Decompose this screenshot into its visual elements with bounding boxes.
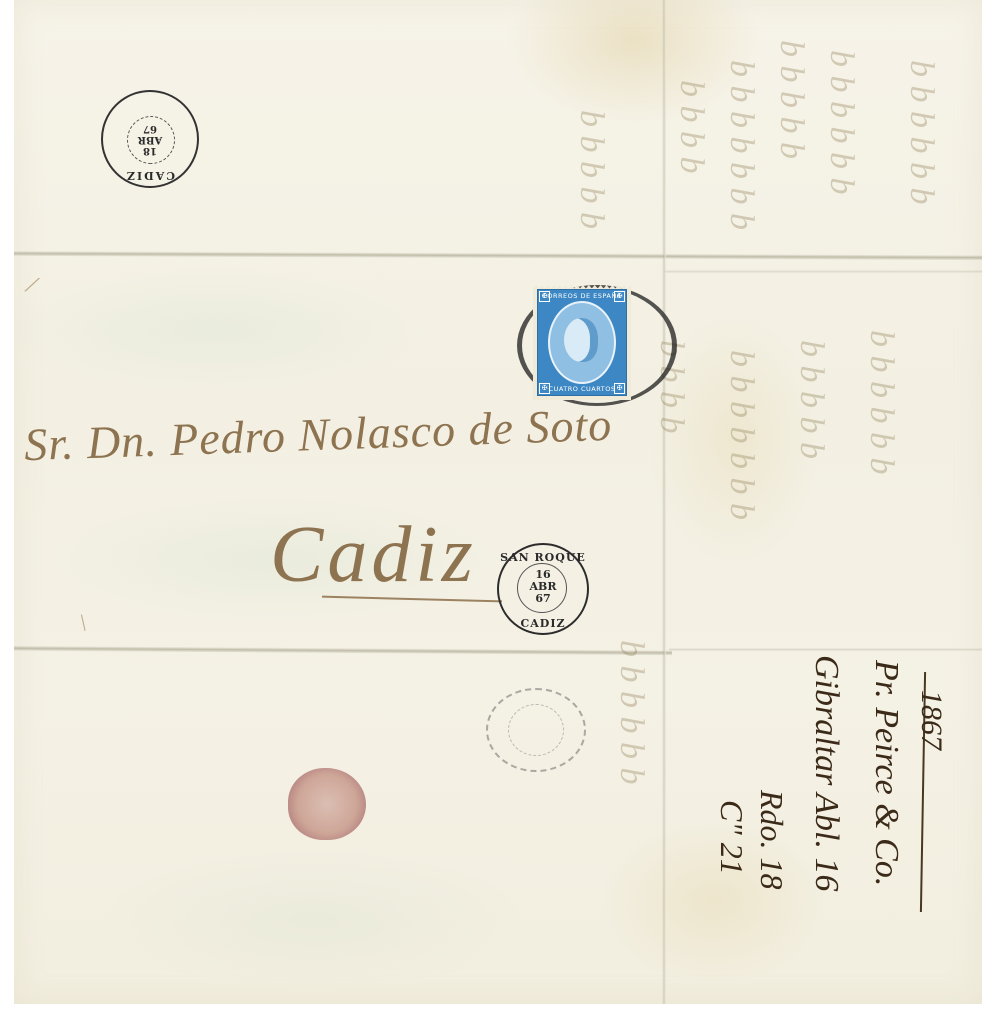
bleed-through-script: b b b b b b b xyxy=(722,350,760,520)
san-roque-postmark: SAN ROQUE 16 ABR 67 CADIZ xyxy=(497,543,589,635)
cross-ornament-icon: ✠ xyxy=(614,291,625,302)
postmark-town: SAN ROQUE xyxy=(495,551,591,564)
docket-year: 1867 xyxy=(914,690,948,750)
addressee-salutation: Sr. Dn. xyxy=(23,415,158,471)
postmark-year: 67 xyxy=(103,123,197,134)
stamp-frame: CORREOS DE ESPAÑA CUATRO CUARTOS ✠ ✠ ✠ ✠ xyxy=(537,289,627,396)
docket-place-date: Gibraltar Abl. 16 xyxy=(807,655,845,891)
postmark-day: 18 xyxy=(103,145,197,156)
bleed-through-script: b b b b b b xyxy=(902,60,940,205)
postmark-town: CADIZ xyxy=(103,169,197,182)
fold-line-right-panel xyxy=(664,270,982,273)
faint-transit-postmark xyxy=(486,688,586,772)
bleed-through-script: b b b b xyxy=(672,80,710,174)
docket-received: Rdo. 18 xyxy=(753,790,790,890)
fold-line-vertical xyxy=(662,0,666,1004)
docket-answered: C" 21 xyxy=(713,800,750,875)
stamp-country-text: CORREOS DE ESPAÑA xyxy=(538,292,626,300)
postmark-date: 16 ABR 67 xyxy=(499,569,587,605)
cross-ornament-icon: ✠ xyxy=(614,383,625,394)
fold-line-lower xyxy=(14,646,672,656)
bleed-through-script: b b b b b xyxy=(572,110,610,229)
fold-line-upper xyxy=(14,251,982,260)
postmark-province: CADIZ xyxy=(499,617,587,630)
cross-ornament-icon: ✠ xyxy=(539,383,550,394)
cadiz-postmark: CADIZ 18 ABR 67 xyxy=(101,90,199,188)
postmark-month: ABR xyxy=(103,134,197,145)
bleed-through-script: b b b b b b xyxy=(822,50,860,195)
destination-city: Cadiz xyxy=(270,510,477,601)
wax-seal xyxy=(288,768,366,840)
postage-stamp: CORREOS DE ESPAÑA CUATRO CUARTOS ✠ ✠ ✠ ✠ xyxy=(533,285,631,400)
postmark-year: 67 xyxy=(499,593,587,605)
docket-sender: Pr. Peirce & Co. xyxy=(867,660,905,886)
stamp-value-text: CUATRO CUARTOS xyxy=(538,385,626,393)
postmark-inner-ring xyxy=(508,704,564,756)
bleed-through-script: b b b b b b xyxy=(612,640,650,785)
bleed-through-script: b b b b b xyxy=(792,340,830,459)
bleed-through-script: b b b b b xyxy=(772,40,810,159)
bleed-through-script: b b b b b b b xyxy=(722,60,760,230)
bleed-through-script: b b b b b b xyxy=(862,330,900,475)
fold-line-lower-right xyxy=(669,648,982,651)
cross-ornament-icon: ✠ xyxy=(539,291,550,302)
queen-portrait-icon xyxy=(564,318,598,362)
postmark-date: 18 ABR 67 xyxy=(103,123,197,156)
